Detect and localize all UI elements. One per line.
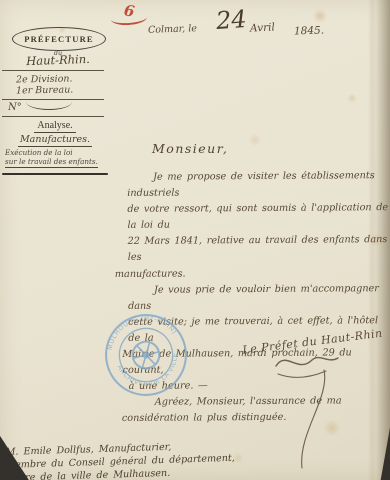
- document-scan: 6 PRÉFECTURE du Haut-Rhin. 2e Division. …: [0, 0, 390, 480]
- letterhead-rule: [2, 116, 104, 117]
- analyse-detail: Exécution de la loi sur le travail des e…: [5, 149, 109, 166]
- letter-line: considération la plus distinguée.: [122, 409, 390, 427]
- letter-line: manufactures.: [115, 265, 390, 283]
- letter-line: Je me propose de visiter les établisseme…: [127, 168, 389, 202]
- dateline-place: Colmar, le: [148, 23, 197, 36]
- dateline-month: Avril: [250, 21, 275, 34]
- recipient-block: M. Emile Dollfus, Manufacturier, membre …: [5, 439, 256, 480]
- letterhead-department: Haut-Rhin.: [0, 51, 116, 69]
- letter-line: Agréez, Monsieur, l'assurance de ma: [129, 393, 390, 411]
- letter-paper: 6 PRÉFECTURE du Haut-Rhin. 2e Division. …: [0, 0, 390, 480]
- letterhead-bureau: 1er Bureau.: [16, 85, 73, 97]
- number-label: N°: [8, 102, 22, 113]
- archival-number-underline: [111, 16, 147, 26]
- letterhead-office: PRÉFECTURE: [12, 27, 106, 51]
- analyse-subject: Manufactures.: [0, 134, 110, 145]
- letterhead-rule: [2, 70, 104, 71]
- letter-line: 22 Mars 1841, relative au travail des en…: [128, 232, 390, 266]
- letterhead-heavy-rule: [2, 173, 108, 175]
- salutation: Monsieur,: [152, 141, 228, 156]
- dateline-year: 1845.: [294, 24, 324, 37]
- letter-line: de votre ressort, qui sont soumis à l'ap…: [127, 200, 389, 234]
- analyse-label: Analyse.: [0, 120, 110, 131]
- analyse-detail-line: sur le travail des enfants.: [5, 158, 109, 167]
- dateline-day: 24: [215, 5, 247, 35]
- signature-flourish: [268, 348, 348, 473]
- letterhead-rule: [2, 99, 104, 100]
- letterhead-number-field: N°: [8, 102, 72, 113]
- number-blank-dash: [26, 102, 72, 110]
